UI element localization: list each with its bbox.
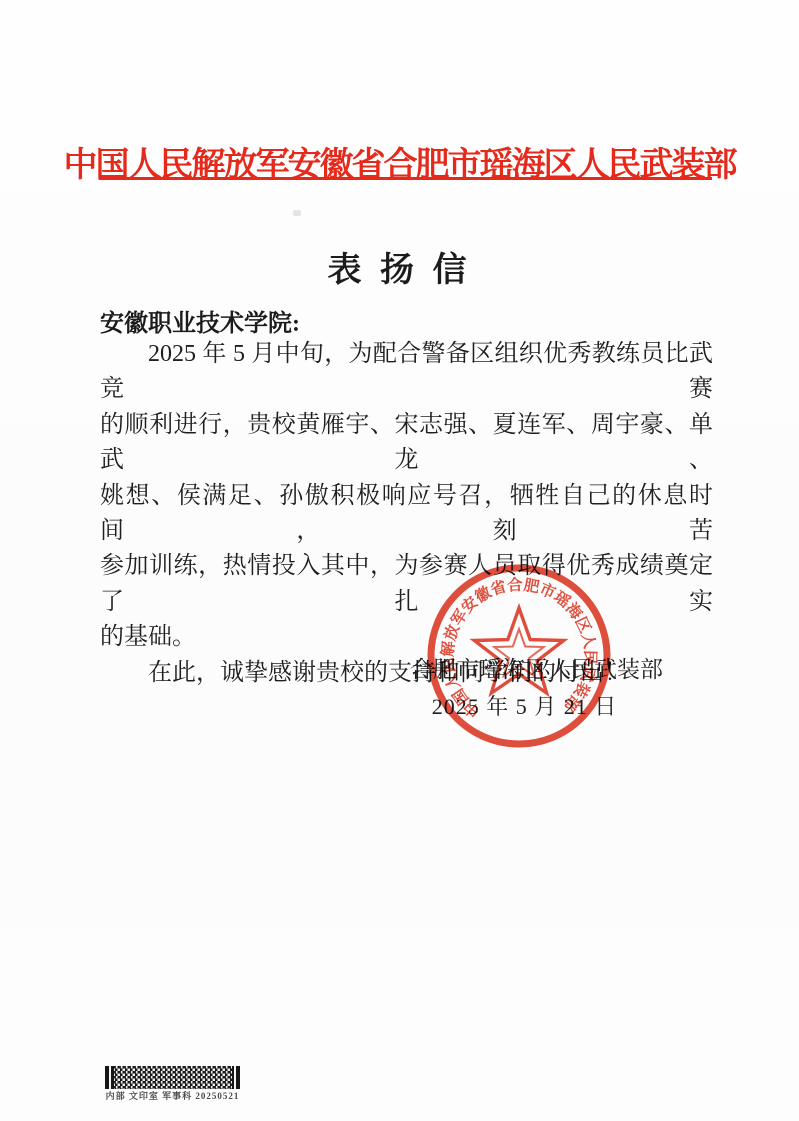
seal-ring	[431, 568, 607, 744]
body-line: 姚想、侯满足、孙傲积极响应号召，牺牲自己的休息时间，刻苦	[100, 479, 713, 550]
barcode-caption: 内部 文印室 军事科 20250521	[100, 1089, 245, 1102]
document-barcode	[105, 1066, 240, 1089]
letterhead-divider	[99, 177, 712, 180]
body-line: 2025 年 5 月中旬，为配合警备区组织优秀教练员比武竞赛	[100, 337, 713, 408]
letter-body: 2025 年 5 月中旬，为配合警备区组织优秀教练员比武竞赛 的顺利进行，贵校黄…	[100, 337, 713, 691]
letter-title: 表 扬 信	[0, 242, 799, 291]
seal-star-outline	[474, 608, 563, 693]
seal-star-inner	[494, 629, 543, 676]
letter-salutation: 安徽职业技术学院:	[100, 303, 300, 338]
seal-ring-text-holder: 中国人民解放军安徽省合肥市瑶海区人民武装部	[438, 575, 600, 721]
body-line: 的顺利进行，贵校黄雁宇、宋志强、夏连军、周宇豪、单武龙、	[100, 408, 713, 479]
seal-ring-text: 中国人民解放军安徽省合肥市瑶海区人民武装部	[438, 575, 600, 721]
body-line: 参加训练，热情投入其中，为参赛人员取得优秀成绩奠定了扎实	[100, 549, 713, 620]
official-seal-stamp: 中国人民解放军安徽省合肥市瑶海区人民武装部	[420, 560, 618, 756]
seal-graphic: 中国人民解放军安徽省合肥市瑶海区人民武装部	[420, 560, 618, 756]
scan-artifact-speck	[293, 210, 301, 216]
scanned-letter-page: 中国人民解放军安徽省合肥市瑶海区人民武装部 表 扬 信 安徽职业技术学院: 20…	[0, 0, 799, 1121]
